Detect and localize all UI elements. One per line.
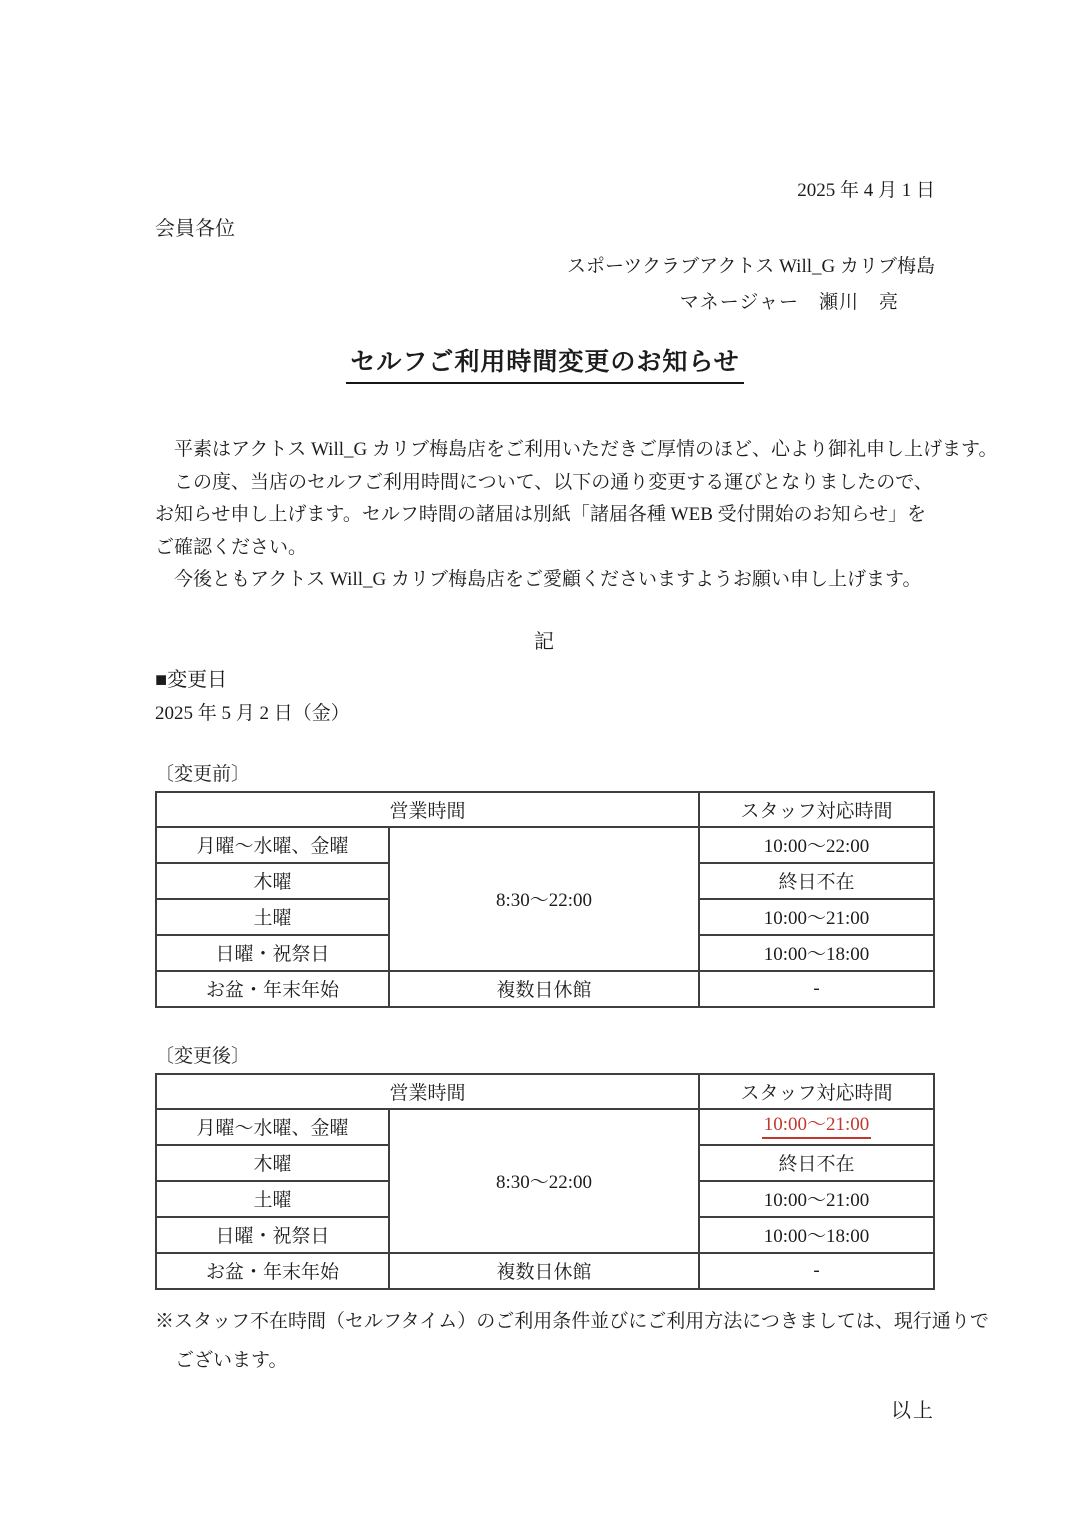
- body-line: 平素はアクトス Will_G カリブ梅島店をご利用いただきご厚情のほど、心より御…: [155, 434, 935, 467]
- schedule-table-after: 営業時間 スタッフ対応時間 月曜～水曜、金曜 8:30～22:00 10:00～…: [155, 1073, 935, 1290]
- table-header-row: 営業時間 スタッフ対応時間: [156, 1074, 934, 1109]
- table-row: お盆・年末年始 複数日休館 -: [156, 971, 934, 1007]
- notice-document-page: 2025 年 4 月 1 日 会員各位 スポーツクラブアクトス Will_G カ…: [0, 0, 1086, 1536]
- document-content: 2025 年 4 月 1 日 会員各位 スポーツクラブアクトス Will_G カ…: [155, 0, 935, 1424]
- day-cell: 日曜・祝祭日: [156, 1217, 389, 1253]
- day-cell: 月曜～水曜、金曜: [156, 1109, 389, 1145]
- day-cell: 土曜: [156, 899, 389, 935]
- business-hours-header: 営業時間: [156, 1074, 699, 1109]
- footnote-line: ※スタッフ不在時間（セルフタイム）のご利用条件並びにご利用方法につきましては、現…: [155, 1302, 935, 1341]
- day-cell: 木曜: [156, 863, 389, 899]
- changed-staff-hours-highlight: 10:00～21:00: [762, 1114, 872, 1139]
- sender-manager-name: マネージャー 瀬川 亮: [155, 290, 935, 316]
- staff-hours-header: スタッフ対応時間: [699, 792, 934, 827]
- document-title-wrap: セルフご利用時間変更のお知らせ: [155, 342, 935, 384]
- change-date-value: 2025 年 5 月 2 日（金）: [155, 697, 935, 730]
- document-title: セルフご利用時間変更のお知らせ: [346, 342, 743, 384]
- closing-ijou: 以上: [155, 1398, 935, 1424]
- staff-hours-cell: 10:00～21:00: [699, 1181, 934, 1217]
- body-line: この度、当店のセルフご利用時間について、以下の通り変更する運びとなりましたので、: [155, 467, 935, 500]
- day-cell: お盆・年末年始: [156, 971, 389, 1007]
- body-line: 今後ともアクトス Will_G カリブ梅島店をご愛顧くださいますようお願い申し上…: [155, 564, 935, 597]
- staff-hours-cell: 10:00～18:00: [699, 1217, 934, 1253]
- sender-organization: スポーツクラブアクトス Will_G カリブ梅島: [155, 254, 935, 280]
- business-hours-special-cell: 複数日休館: [389, 971, 699, 1007]
- staff-hours-cell: 終日不在: [699, 863, 934, 899]
- business-hours-cell: 8:30～22:00: [389, 1109, 699, 1253]
- before-table-label: 〔変更前〕: [155, 762, 935, 788]
- business-hours-header: 営業時間: [156, 792, 699, 827]
- staff-hours-header: スタッフ対応時間: [699, 1074, 934, 1109]
- table-row: 月曜～水曜、金曜 8:30～22:00 10:00～21:00: [156, 1109, 934, 1145]
- staff-hours-cell: -: [699, 971, 934, 1007]
- day-cell: 木曜: [156, 1145, 389, 1181]
- staff-hours-cell-changed: 10:00～21:00: [699, 1109, 934, 1145]
- business-hours-cell: 8:30～22:00: [389, 827, 699, 971]
- staff-hours-cell: 終日不在: [699, 1145, 934, 1181]
- business-hours-special-cell: 複数日休館: [389, 1253, 699, 1289]
- footnote-line: ございます。: [155, 1341, 935, 1380]
- record-marker-ki: 記: [155, 625, 935, 654]
- change-date-heading: ■変更日: [155, 664, 935, 697]
- body-paragraphs: 平素はアクトス Will_G カリブ梅島店をご利用いただきご厚情のほど、心より御…: [155, 434, 935, 597]
- day-cell: 土曜: [156, 1181, 389, 1217]
- footnote-block: ※スタッフ不在時間（セルフタイム）のご利用条件並びにご利用方法につきましては、現…: [155, 1302, 935, 1380]
- recipient-line: 会員各位: [155, 216, 935, 242]
- document-date: 2025 年 4 月 1 日: [155, 178, 935, 204]
- staff-hours-cell: 10:00～21:00: [699, 899, 934, 935]
- table-header-row: 営業時間 スタッフ対応時間: [156, 792, 934, 827]
- staff-hours-cell: 10:00～22:00: [699, 827, 934, 863]
- body-line: ご確認ください。: [155, 532, 935, 565]
- schedule-table-before: 営業時間 スタッフ対応時間 月曜～水曜、金曜 8:30～22:00 10:00～…: [155, 791, 935, 1008]
- staff-hours-cell: -: [699, 1253, 934, 1289]
- table-row: お盆・年末年始 複数日休館 -: [156, 1253, 934, 1289]
- day-cell: 日曜・祝祭日: [156, 935, 389, 971]
- day-cell: 月曜～水曜、金曜: [156, 827, 389, 863]
- body-line: お知らせ申し上げます。セルフ時間の諸届は別紙「諸届各種 WEB 受付開始のお知ら…: [155, 499, 935, 532]
- staff-hours-cell: 10:00～18:00: [699, 935, 934, 971]
- table-row: 月曜～水曜、金曜 8:30～22:00 10:00～22:00: [156, 827, 934, 863]
- day-cell: お盆・年末年始: [156, 1253, 389, 1289]
- after-table-label: 〔変更後〕: [155, 1044, 935, 1070]
